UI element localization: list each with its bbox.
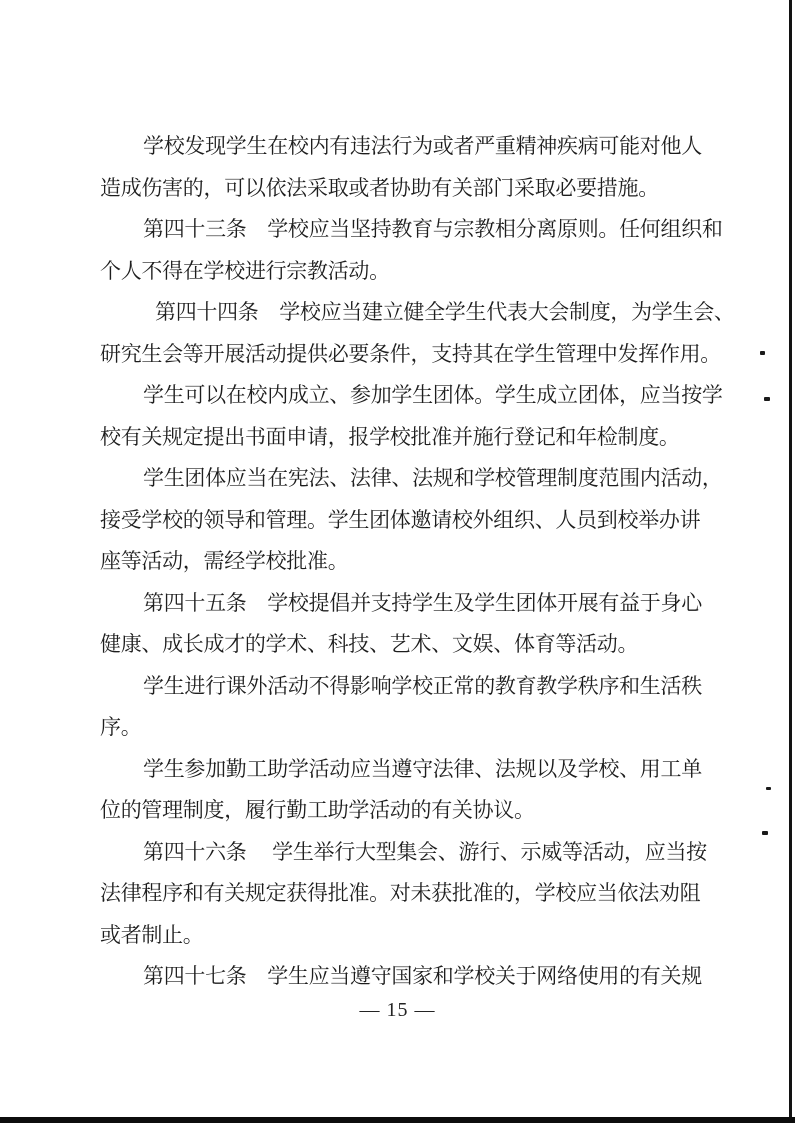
document-page: 学校发现学生在校内有违法行为或者严重精神疾病可能对他人 造成伤害的，可以依法采取… bbox=[0, 0, 795, 1123]
scan-edge-bottom-band bbox=[0, 1117, 795, 1123]
body-line: 位的管理制度，履行勤工助学活动的有关协议。 bbox=[100, 790, 760, 832]
body-line: 法律程序和有关规定获得批准。对未获批准的，学校应当依法劝阻 bbox=[100, 873, 760, 915]
body-line: 学生可以在校内成立、参加学生团体。学生成立团体，应当按学 bbox=[100, 375, 760, 417]
body-line: 接受学校的领导和管理。学生团体邀请校外组织、人员到校举办讲 bbox=[100, 500, 760, 542]
body-line: 校有关规定提出书面申请，报学校批准并施行登记和年检制度。 bbox=[100, 417, 760, 459]
scan-speck bbox=[762, 831, 768, 835]
scan-edge-vertical-line bbox=[789, 0, 792, 1123]
document-body: 学校发现学生在校内有违法行为或者严重精神疾病可能对他人 造成伤害的，可以依法采取… bbox=[100, 126, 760, 998]
body-line: 或者制止。 bbox=[100, 915, 760, 957]
body-line: 学生团体应当在宪法、法律、法规和学校管理制度范围内活动， bbox=[100, 458, 760, 500]
scan-speck bbox=[760, 351, 765, 355]
body-line: 健康、成长成才的学术、科技、艺术、文娱、体育等活动。 bbox=[100, 624, 760, 666]
body-line: 学校发现学生在校内有违法行为或者严重精神疾病可能对他人 bbox=[100, 126, 760, 168]
body-line: 个人不得在学校进行宗教活动。 bbox=[100, 251, 760, 293]
body-line: 座等活动，需经学校批准。 bbox=[100, 541, 760, 583]
body-line-article-43: 第四十三条 学校应当坚持教育与宗教相分离原则。任何组织和 bbox=[100, 209, 760, 251]
body-line: 学生参加勤工助学活动应当遵守法律、法规以及学校、用工单 bbox=[100, 749, 760, 791]
scan-speck bbox=[764, 397, 770, 401]
scan-speck bbox=[766, 787, 771, 790]
body-line: 序。 bbox=[100, 707, 760, 749]
body-line-article-45: 第四十五条 学校提倡并支持学生及学生团体开展有益于身心 bbox=[100, 583, 760, 625]
body-line: 造成伤害的，可以依法采取或者协助有关部门采取必要措施。 bbox=[100, 168, 760, 210]
page-number: — 15 — bbox=[0, 996, 795, 1024]
body-line-article-46: 第四十六条 学生举行大型集会、游行、示威等活动，应当按 bbox=[100, 832, 760, 874]
body-line-article-44: 第四十四条 学校应当建立健全学生代表大会制度，为学生会、 bbox=[100, 292, 760, 334]
body-line: 研究生会等开展活动提供必要条件，支持其在学生管理中发挥作用。 bbox=[100, 334, 760, 376]
body-line: 学生进行课外活动不得影响学校正常的教育教学秩序和生活秩 bbox=[100, 666, 760, 708]
body-line-article-47: 第四十七条 学生应当遵守国家和学校关于网络使用的有关规 bbox=[100, 956, 760, 998]
